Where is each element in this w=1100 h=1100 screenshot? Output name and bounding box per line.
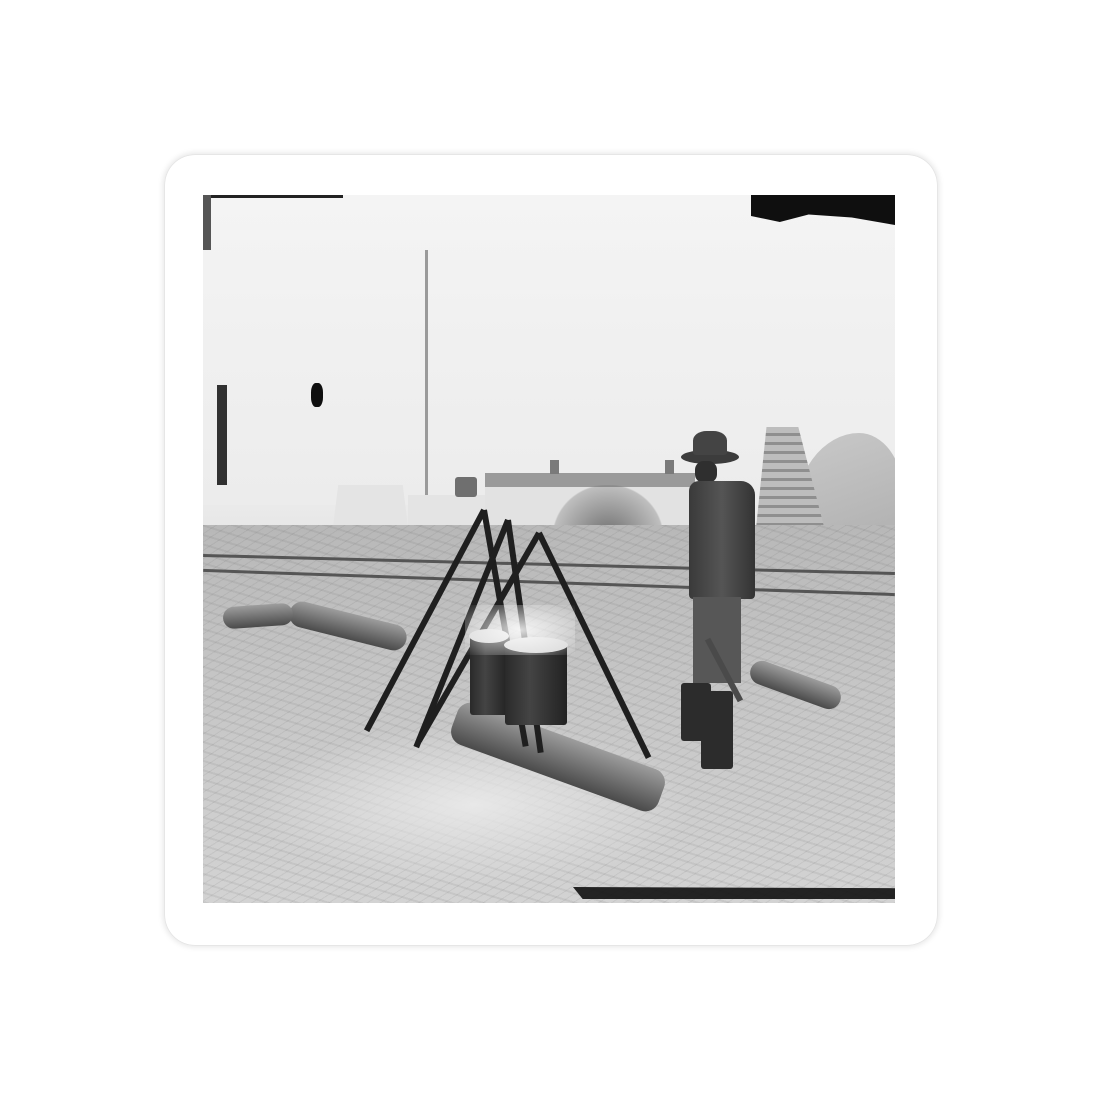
- photo-stain: [311, 383, 323, 407]
- man-hat-crown: [693, 431, 727, 455]
- kettle: [505, 643, 567, 725]
- steam: [465, 605, 575, 655]
- photo-stain: [573, 887, 895, 899]
- chimney: [550, 460, 559, 474]
- photo-edge-artifact: [203, 195, 343, 198]
- historical-photo: [203, 195, 895, 903]
- photo-stain: [217, 385, 227, 485]
- man-trousers: [693, 597, 741, 683]
- man-head: [695, 461, 717, 483]
- man-boot: [701, 691, 733, 769]
- chimney: [665, 460, 674, 474]
- photo-edge-artifact: [203, 195, 211, 250]
- barrel: [455, 477, 477, 497]
- telegraph-pole: [425, 250, 428, 525]
- man-coat: [689, 481, 755, 599]
